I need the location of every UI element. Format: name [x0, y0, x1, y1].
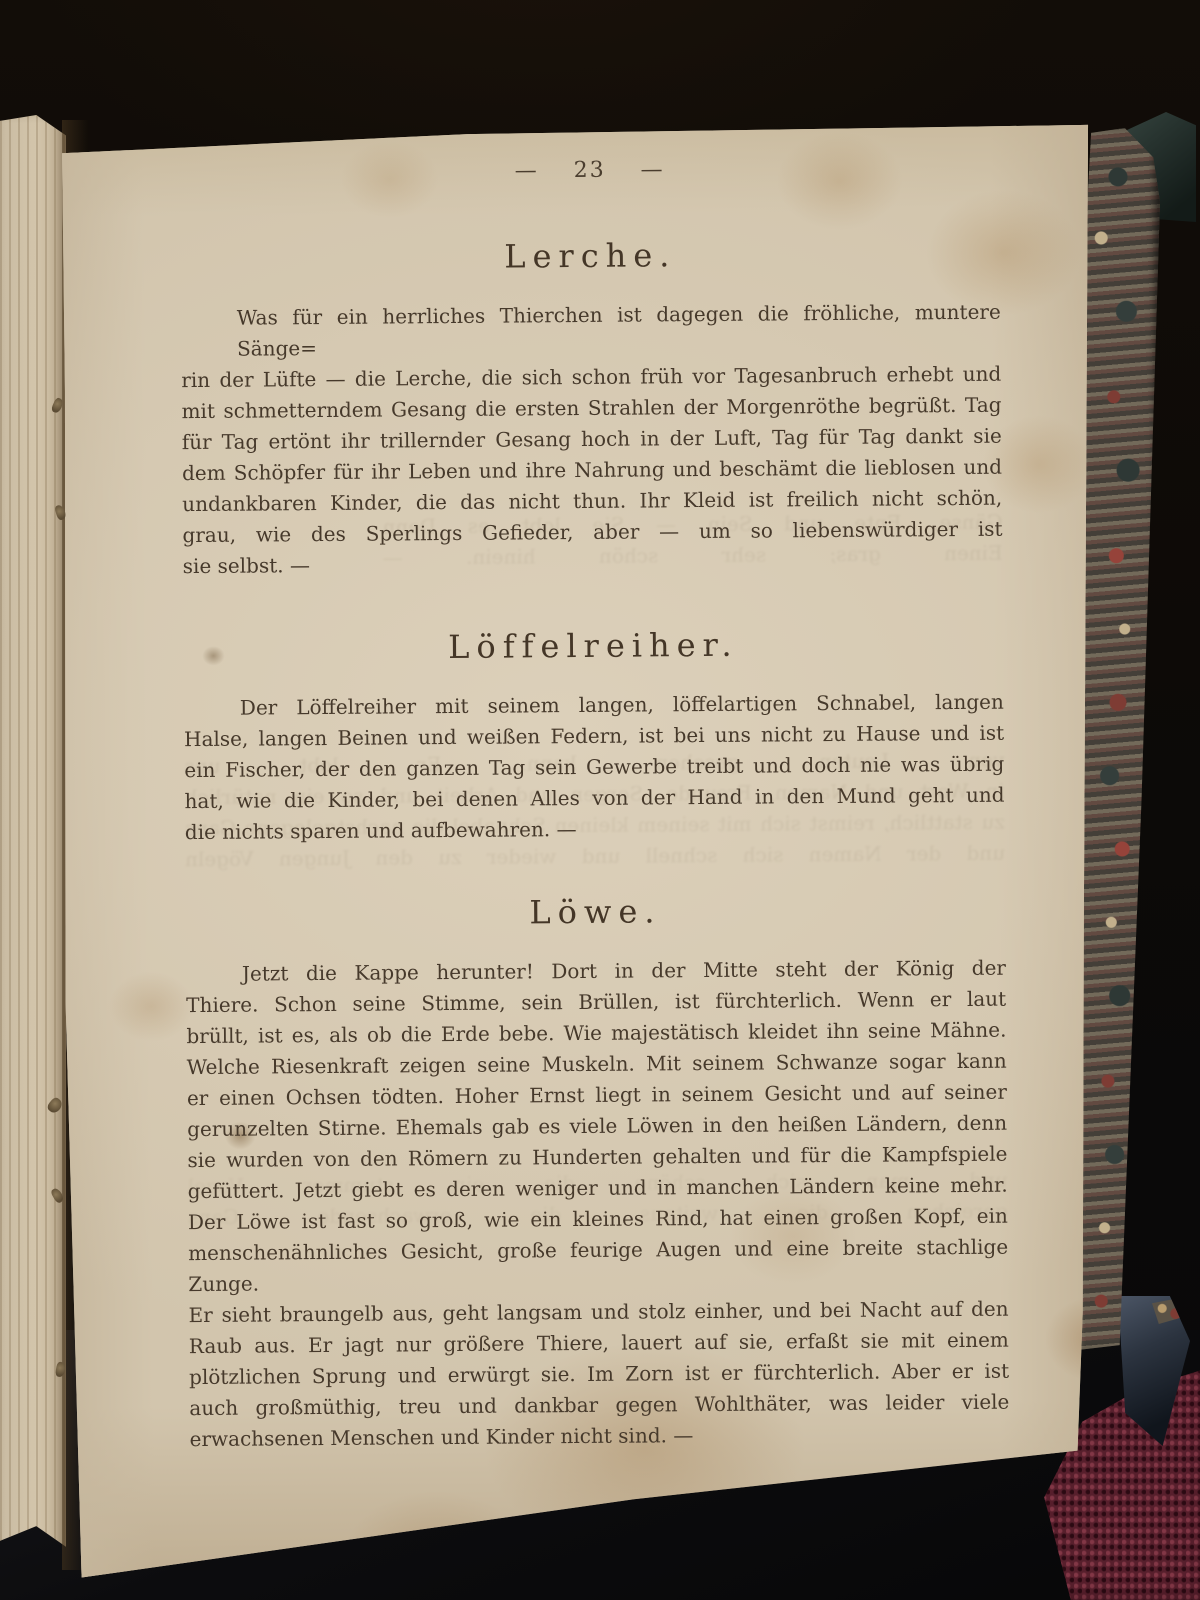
marbled-fore-edge [1076, 128, 1160, 1350]
text-line: erwachsenen Menschen und Kinder nicht si… [189, 1418, 1009, 1455]
section-title-loeffelreiher: Löffelreiher. [183, 624, 1003, 668]
text-line: auch großmüthig, treu und dankbar gegen … [189, 1387, 1009, 1424]
page-stack-edge-left [0, 112, 66, 1582]
marbled-paper-fragment [1152, 1298, 1186, 1324]
book-page: Gänse, Ente und Sein — Sie lobt es DennE… [49, 122, 1105, 1582]
text-line: hat, wie die Kinder, bei denen Alles von… [184, 780, 1004, 817]
page-number: — 23 — [180, 155, 1000, 186]
text-line: Was für ein herrliches Thierchen ist dag… [181, 297, 1001, 365]
text-line: grau, wie des Sperlings Gefieder, aber —… [182, 514, 1002, 551]
section-text-lerche: Was für ein herrliches Thierchen ist dag… [181, 297, 1003, 582]
section-text-loewe: Jetzt die Kappe herunter! Dort in der Mi… [186, 953, 1010, 1455]
page-content: — 23 — Lerche. Was für ein herrliches Th… [50, 154, 1105, 1456]
text-line: menschenähnliches Gesicht, große feurige… [188, 1232, 1008, 1300]
section-text-loeffelreiher: Der Löffelreiher mit seinem langen, löff… [184, 687, 1005, 848]
section-title-loewe: Löwe. [185, 890, 1005, 934]
text-line: sie selbst. — [183, 545, 1003, 582]
book-photo: Gänse, Ente und Sein — Sie lobt es DennE… [0, 0, 1200, 1600]
section-title-lerche: Lerche. [180, 234, 1000, 278]
text-line: die nichts sparen und aufbewahren. — [185, 811, 1005, 848]
